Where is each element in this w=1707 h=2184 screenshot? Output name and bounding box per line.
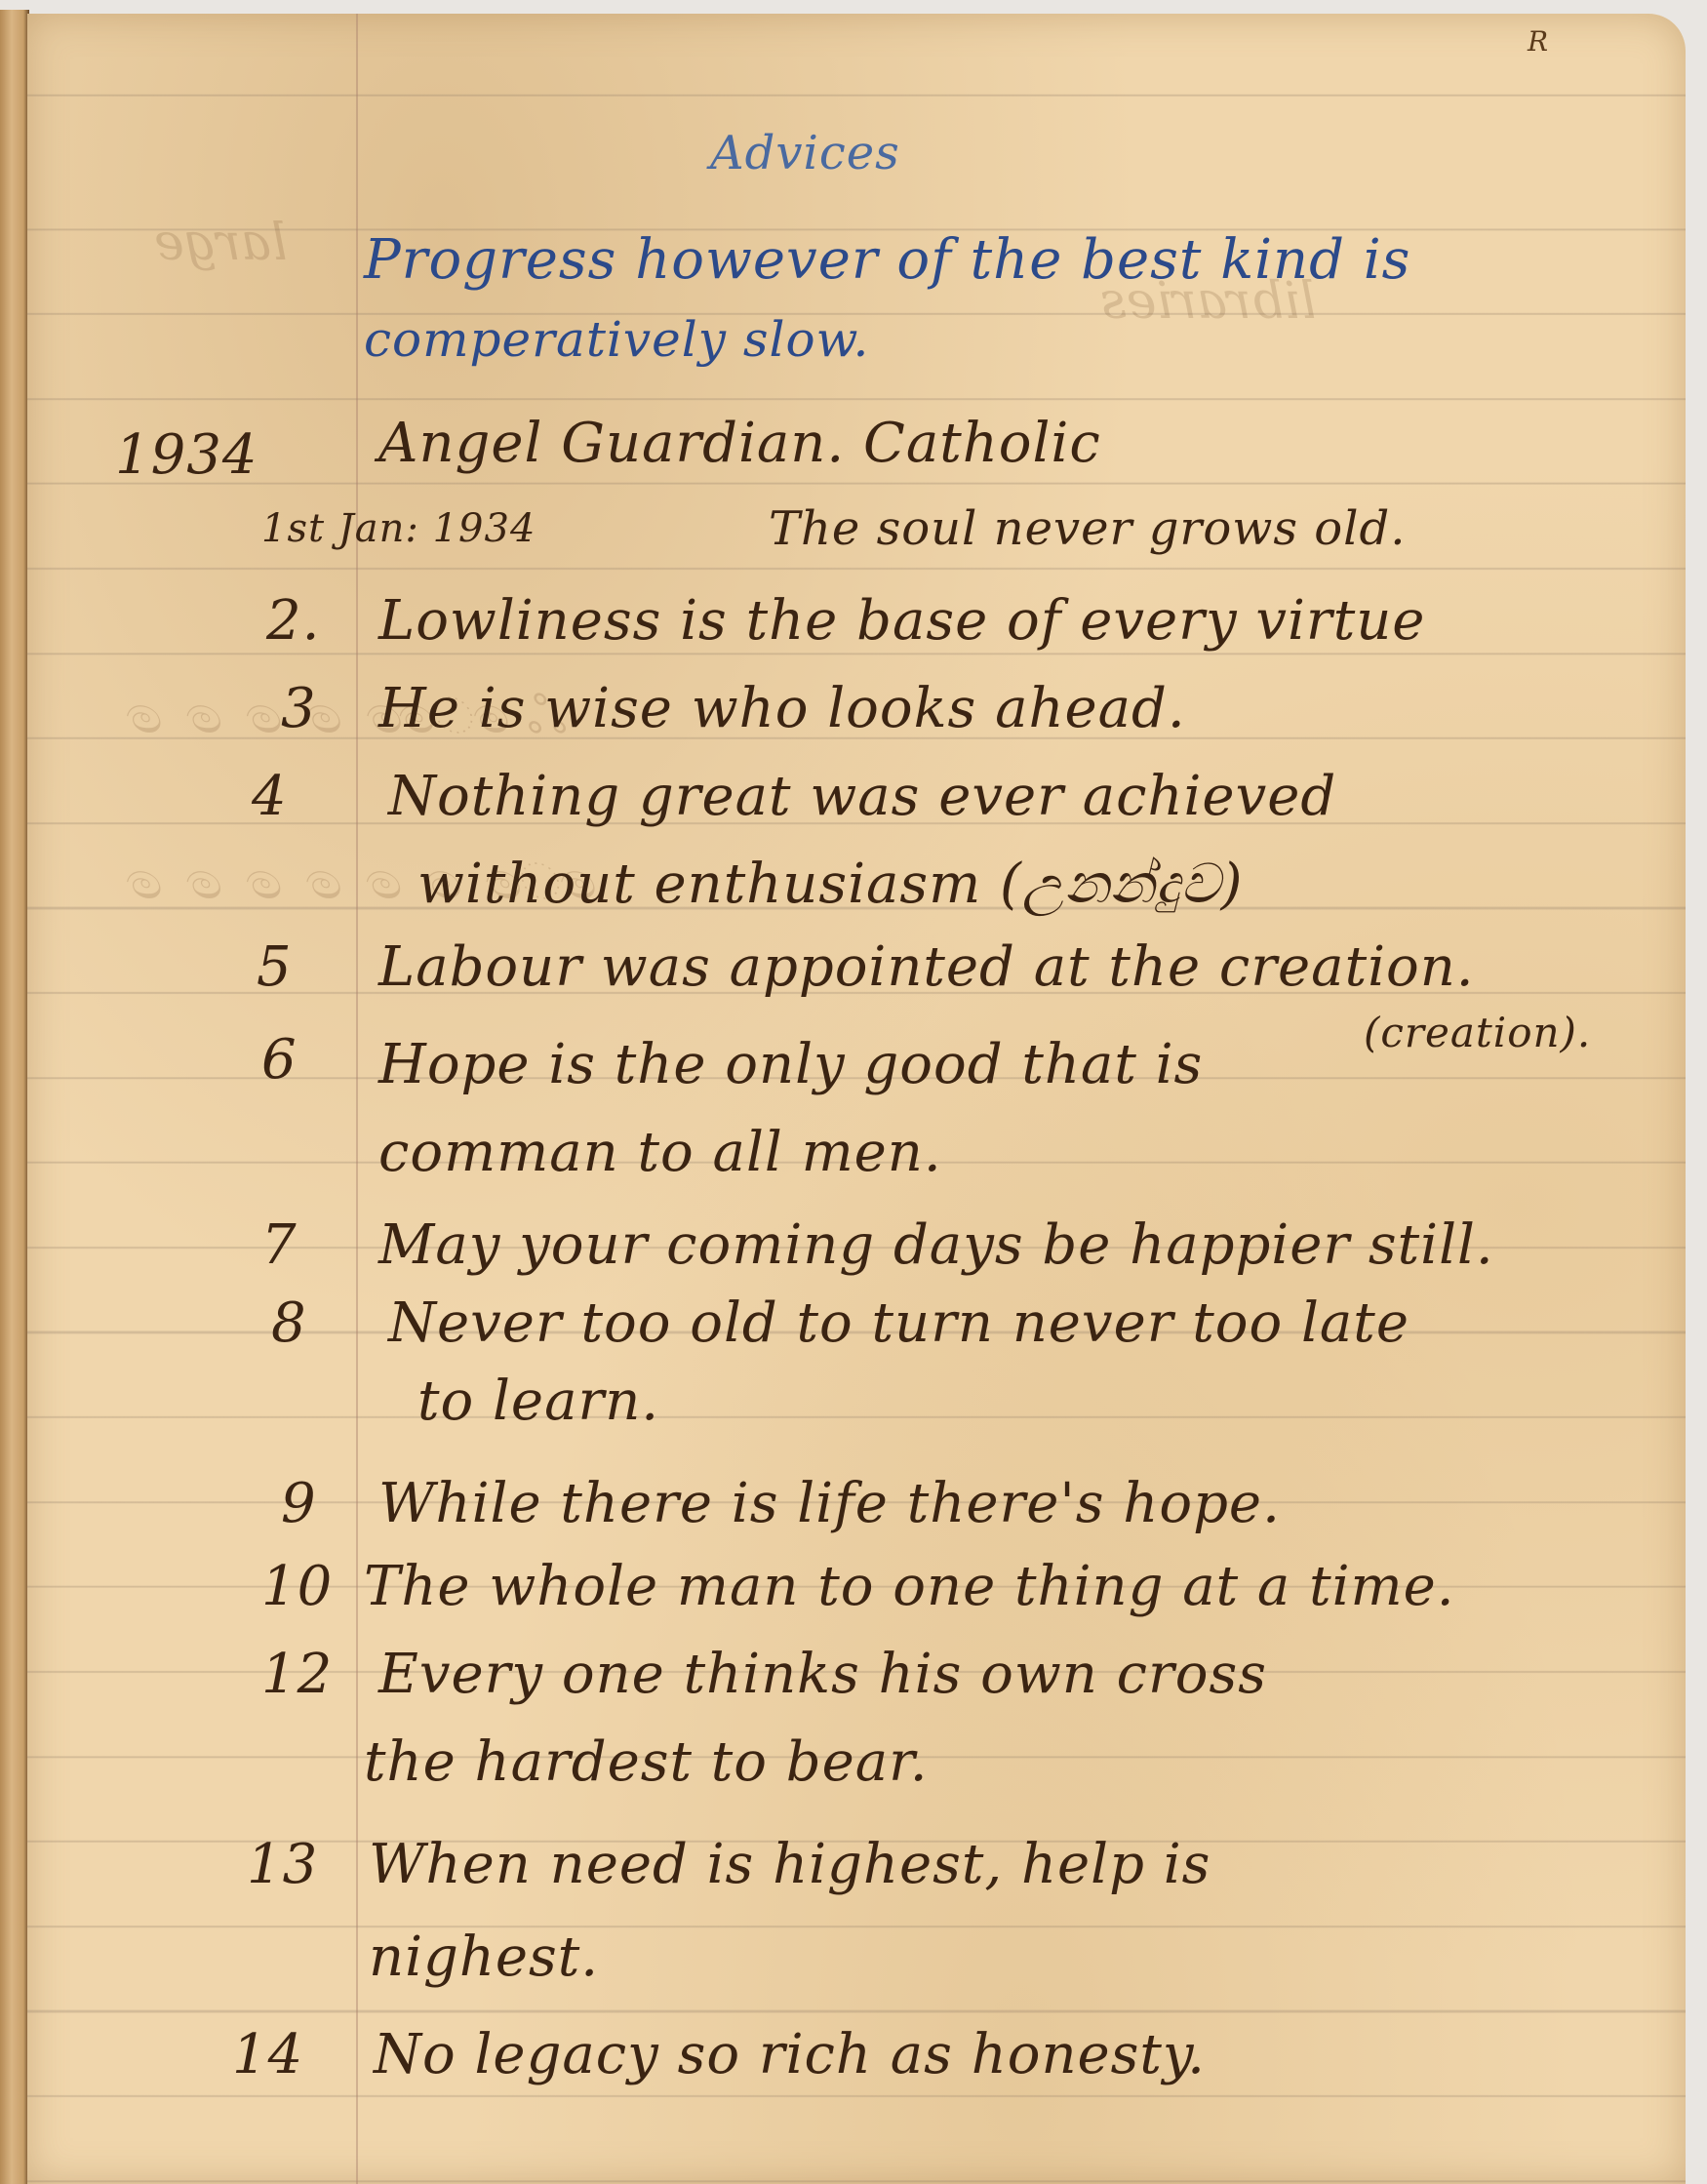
entry-number: 3 xyxy=(281,677,317,740)
entry-text: comman to all men. xyxy=(378,1121,942,1184)
entry-text: Lowliness is the base of every virtue xyxy=(378,589,1425,653)
entry-text: to learn. xyxy=(417,1370,659,1433)
intro-line-1: Progress however of the best kind is xyxy=(364,228,1410,292)
entry-number: 8 xyxy=(271,1291,307,1355)
entry-number: 5 xyxy=(257,935,293,999)
entry-text: When need is highest, help is xyxy=(369,1833,1211,1896)
entry-text: The whole man to one thing at a time. xyxy=(364,1555,1455,1618)
entry-number: 10 xyxy=(261,1555,333,1618)
entry-number: 9 xyxy=(281,1472,317,1535)
entry-number: 2. xyxy=(266,589,320,653)
entry-text: While there is life there's hope. xyxy=(378,1472,1281,1535)
heading-year: 1934 xyxy=(115,423,258,487)
entry-text: He is wise who looks ahead. xyxy=(378,677,1186,740)
entry-number: 14 xyxy=(232,2023,303,2086)
entry-number: 7 xyxy=(261,1213,298,1277)
page-title: Advices xyxy=(710,126,900,180)
entry-text: the hardest to bear. xyxy=(364,1730,929,1794)
entry-text: without enthusiasm (උනන්දුව) xyxy=(417,853,1244,917)
entry-annotation: (creation). xyxy=(1364,1009,1591,1056)
entry-number: 12 xyxy=(261,1643,333,1706)
entry-number: 4 xyxy=(252,765,288,828)
entry-text: The soul never grows old. xyxy=(769,501,1406,556)
notebook-spine xyxy=(0,10,29,2184)
entry-text: Labour was appointed at the creation. xyxy=(378,935,1475,999)
intro-line-2: comperatively slow. xyxy=(364,311,869,368)
entry-number: 1st Jan: 1934 xyxy=(261,506,536,551)
entry-number: 6 xyxy=(261,1028,298,1092)
margin-line xyxy=(356,14,358,2184)
bleed-through-text: large xyxy=(154,214,288,272)
entry-text: No legacy so rich as honesty. xyxy=(374,2023,1206,2086)
entry-text: Nothing great was ever achieved xyxy=(388,765,1336,828)
notebook-page: large libraries ஃ ෙ ෛ ෙ ෙ ෙ ෙ ෙ ෙ ෙ ෙ ෙ … xyxy=(27,14,1686,2184)
entry-text: May your coming days be happier still. xyxy=(378,1213,1494,1277)
entry-text: Never too old to turn never too late xyxy=(388,1291,1409,1355)
heading: Angel Guardian. Catholic xyxy=(378,412,1101,475)
page-corner-mark: R xyxy=(1528,25,1548,58)
entry-text: Hope is the only good that is xyxy=(378,1033,1203,1096)
entry-text: nighest. xyxy=(369,1926,599,1989)
entry-text: Every one thinks his own cross xyxy=(378,1643,1267,1706)
entry-number: 13 xyxy=(247,1833,318,1896)
